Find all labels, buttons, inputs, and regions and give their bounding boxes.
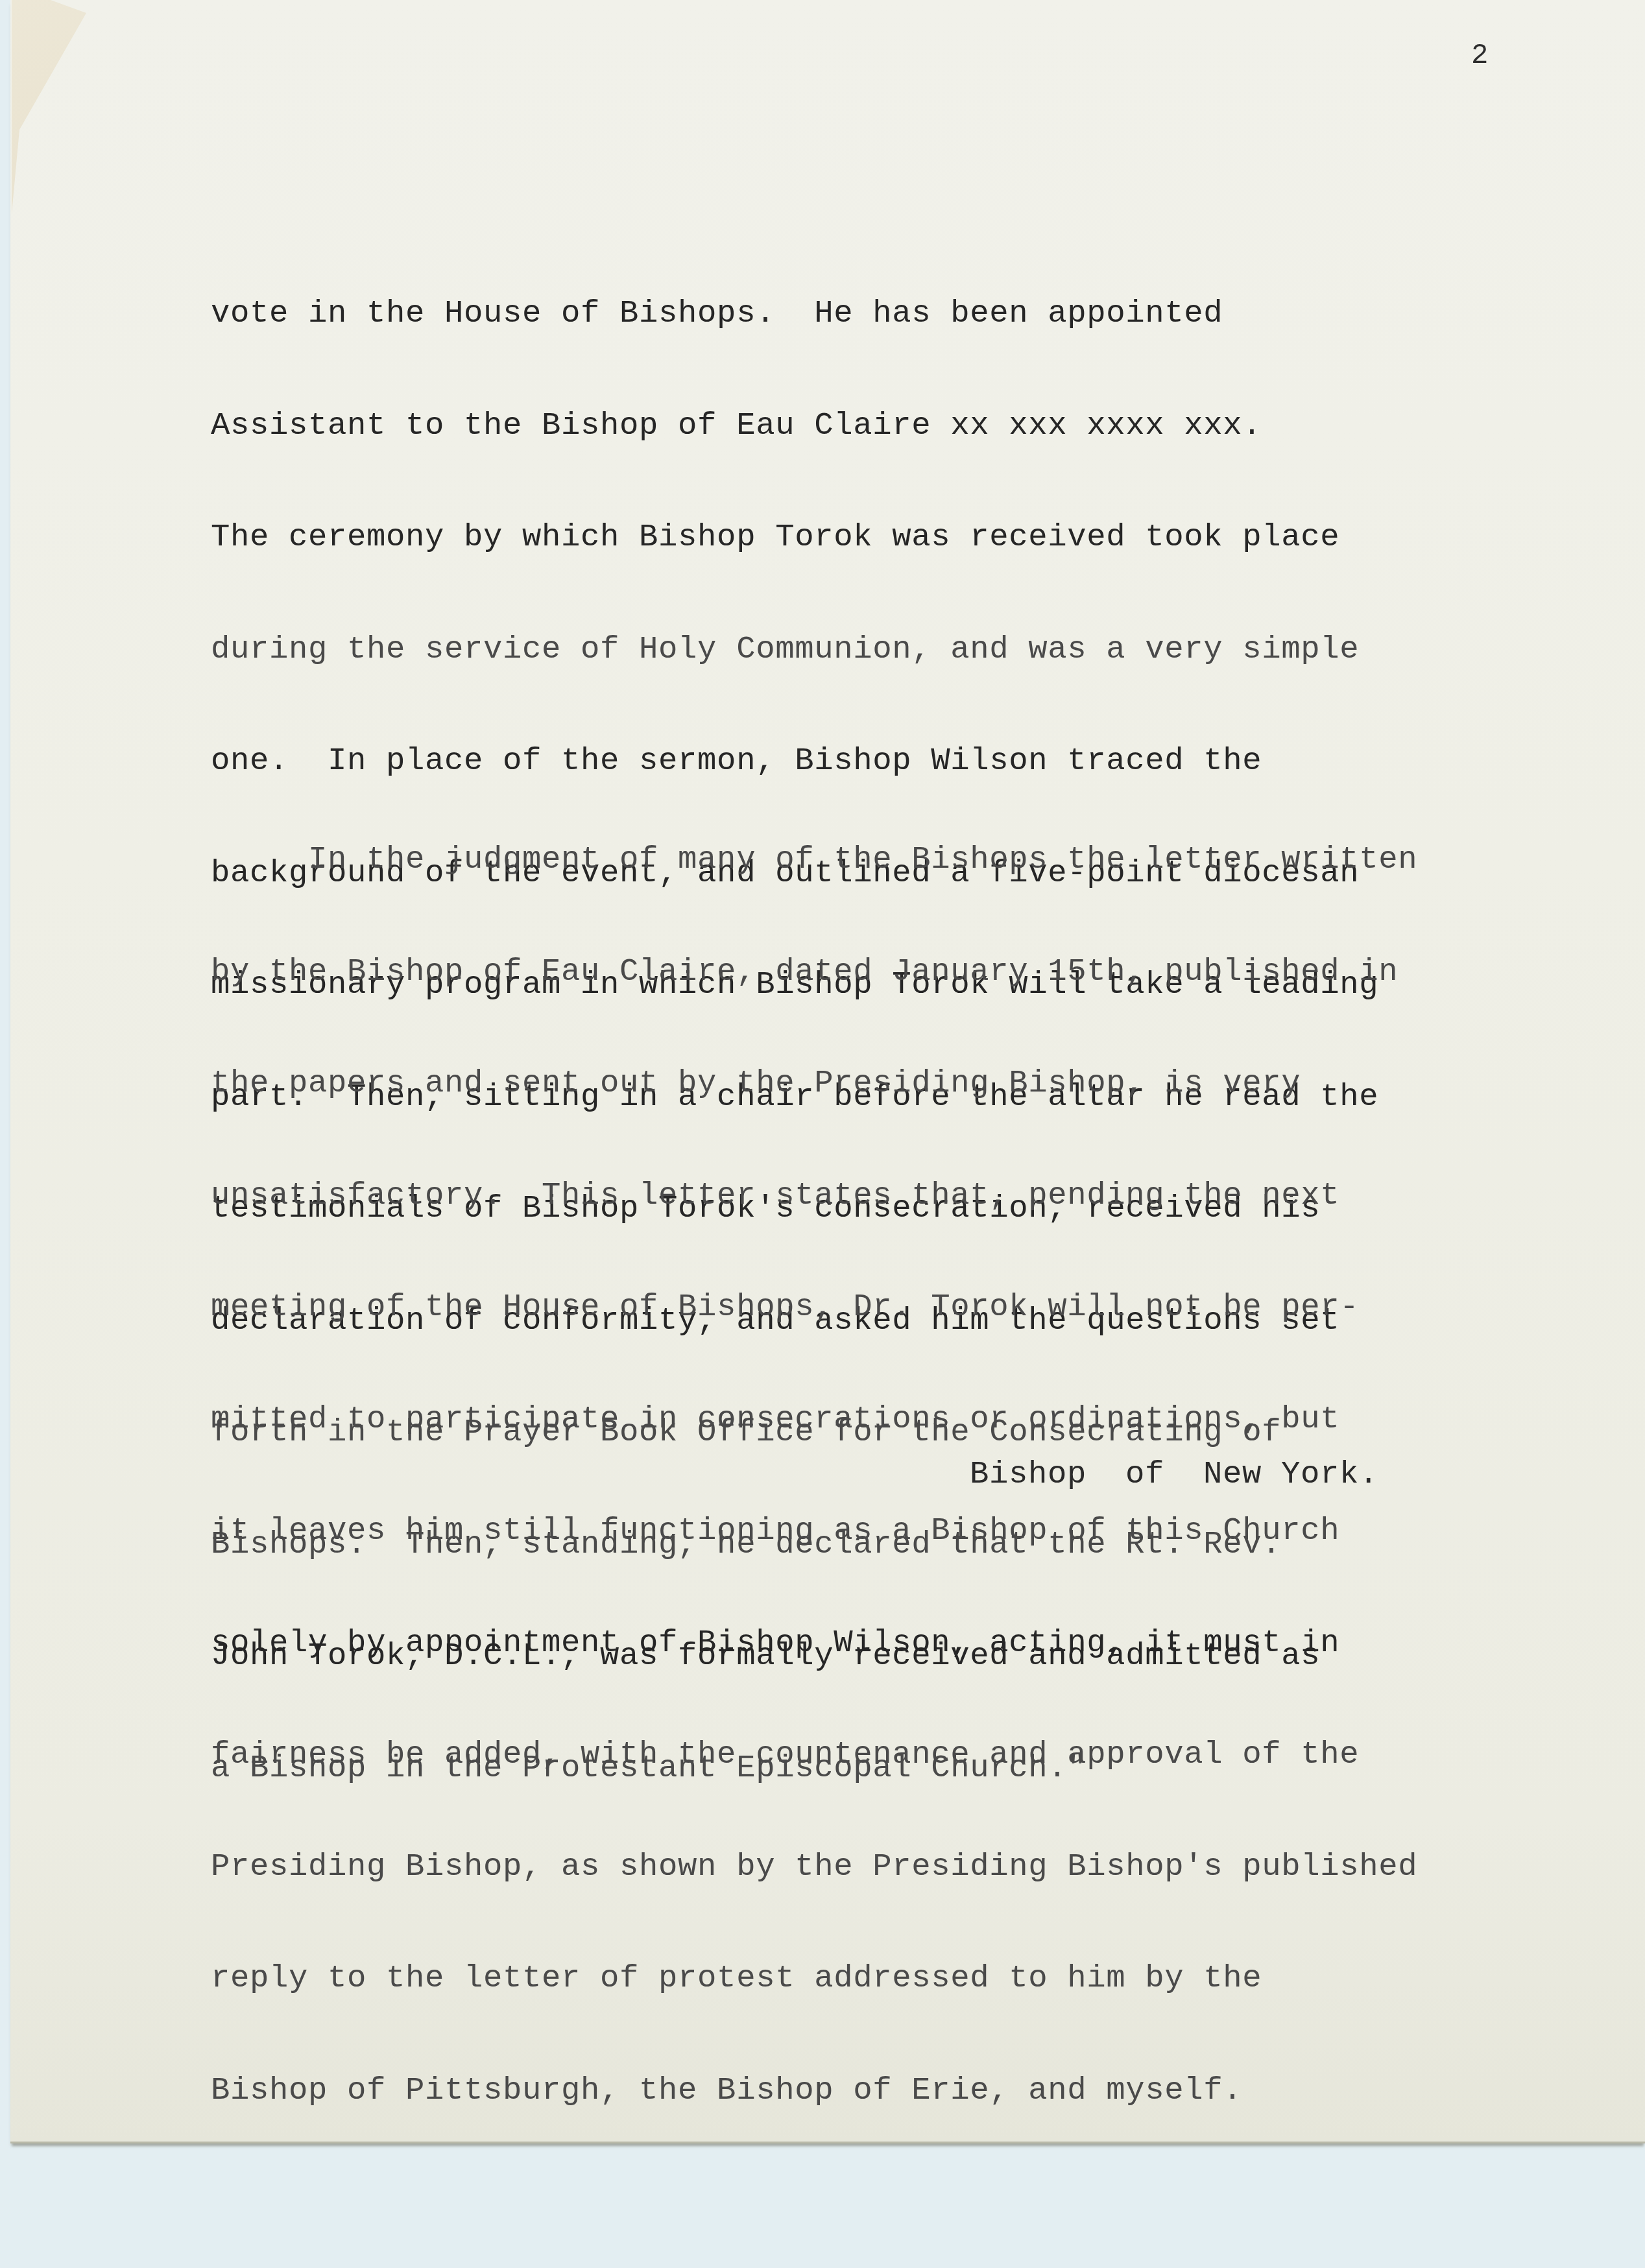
- text-line: solely by appointment of Bishop Wilson, …: [211, 1625, 1417, 1662]
- signature-line: Bishop of New York.: [970, 1456, 1378, 1492]
- text-line: it leaves him still functioning as a Bis…: [211, 1512, 1417, 1550]
- text-line: by the Bishop of Eau Claire, dated Janua…: [211, 953, 1417, 991]
- text-line: reply to the letter of protest addressed…: [211, 1960, 1417, 1998]
- text-line: meeting of the House of Bishops, Dr. Tor…: [211, 1289, 1417, 1326]
- text-line: Bishop of Pittsburgh, the Bishop of Erie…: [211, 2072, 1417, 2110]
- text-line: Assistant to the Bishop of Eau Claire xx…: [211, 407, 1378, 445]
- text-line: the papers and sent out by the Presiding…: [211, 1065, 1417, 1103]
- text-line: vote in the House of Bishops. He has bee…: [211, 295, 1378, 333]
- text-line: The ceremony by which Bishop Torok was r…: [211, 519, 1378, 556]
- page-number: 2: [1471, 42, 1488, 70]
- text-line: unsatisfactory. This letter states that,…: [211, 1177, 1417, 1215]
- text-line: Presiding Bishop, as shown by the Presid…: [211, 1848, 1417, 1886]
- text-line: mitted to participate in consecrations o…: [211, 1401, 1417, 1438]
- text-line: during the service of Holy Communion, an…: [211, 631, 1378, 669]
- text-line: In the judgment of many of the Bishops t…: [211, 841, 1417, 879]
- text-line: fairness be added, with the countenance …: [211, 1736, 1417, 1774]
